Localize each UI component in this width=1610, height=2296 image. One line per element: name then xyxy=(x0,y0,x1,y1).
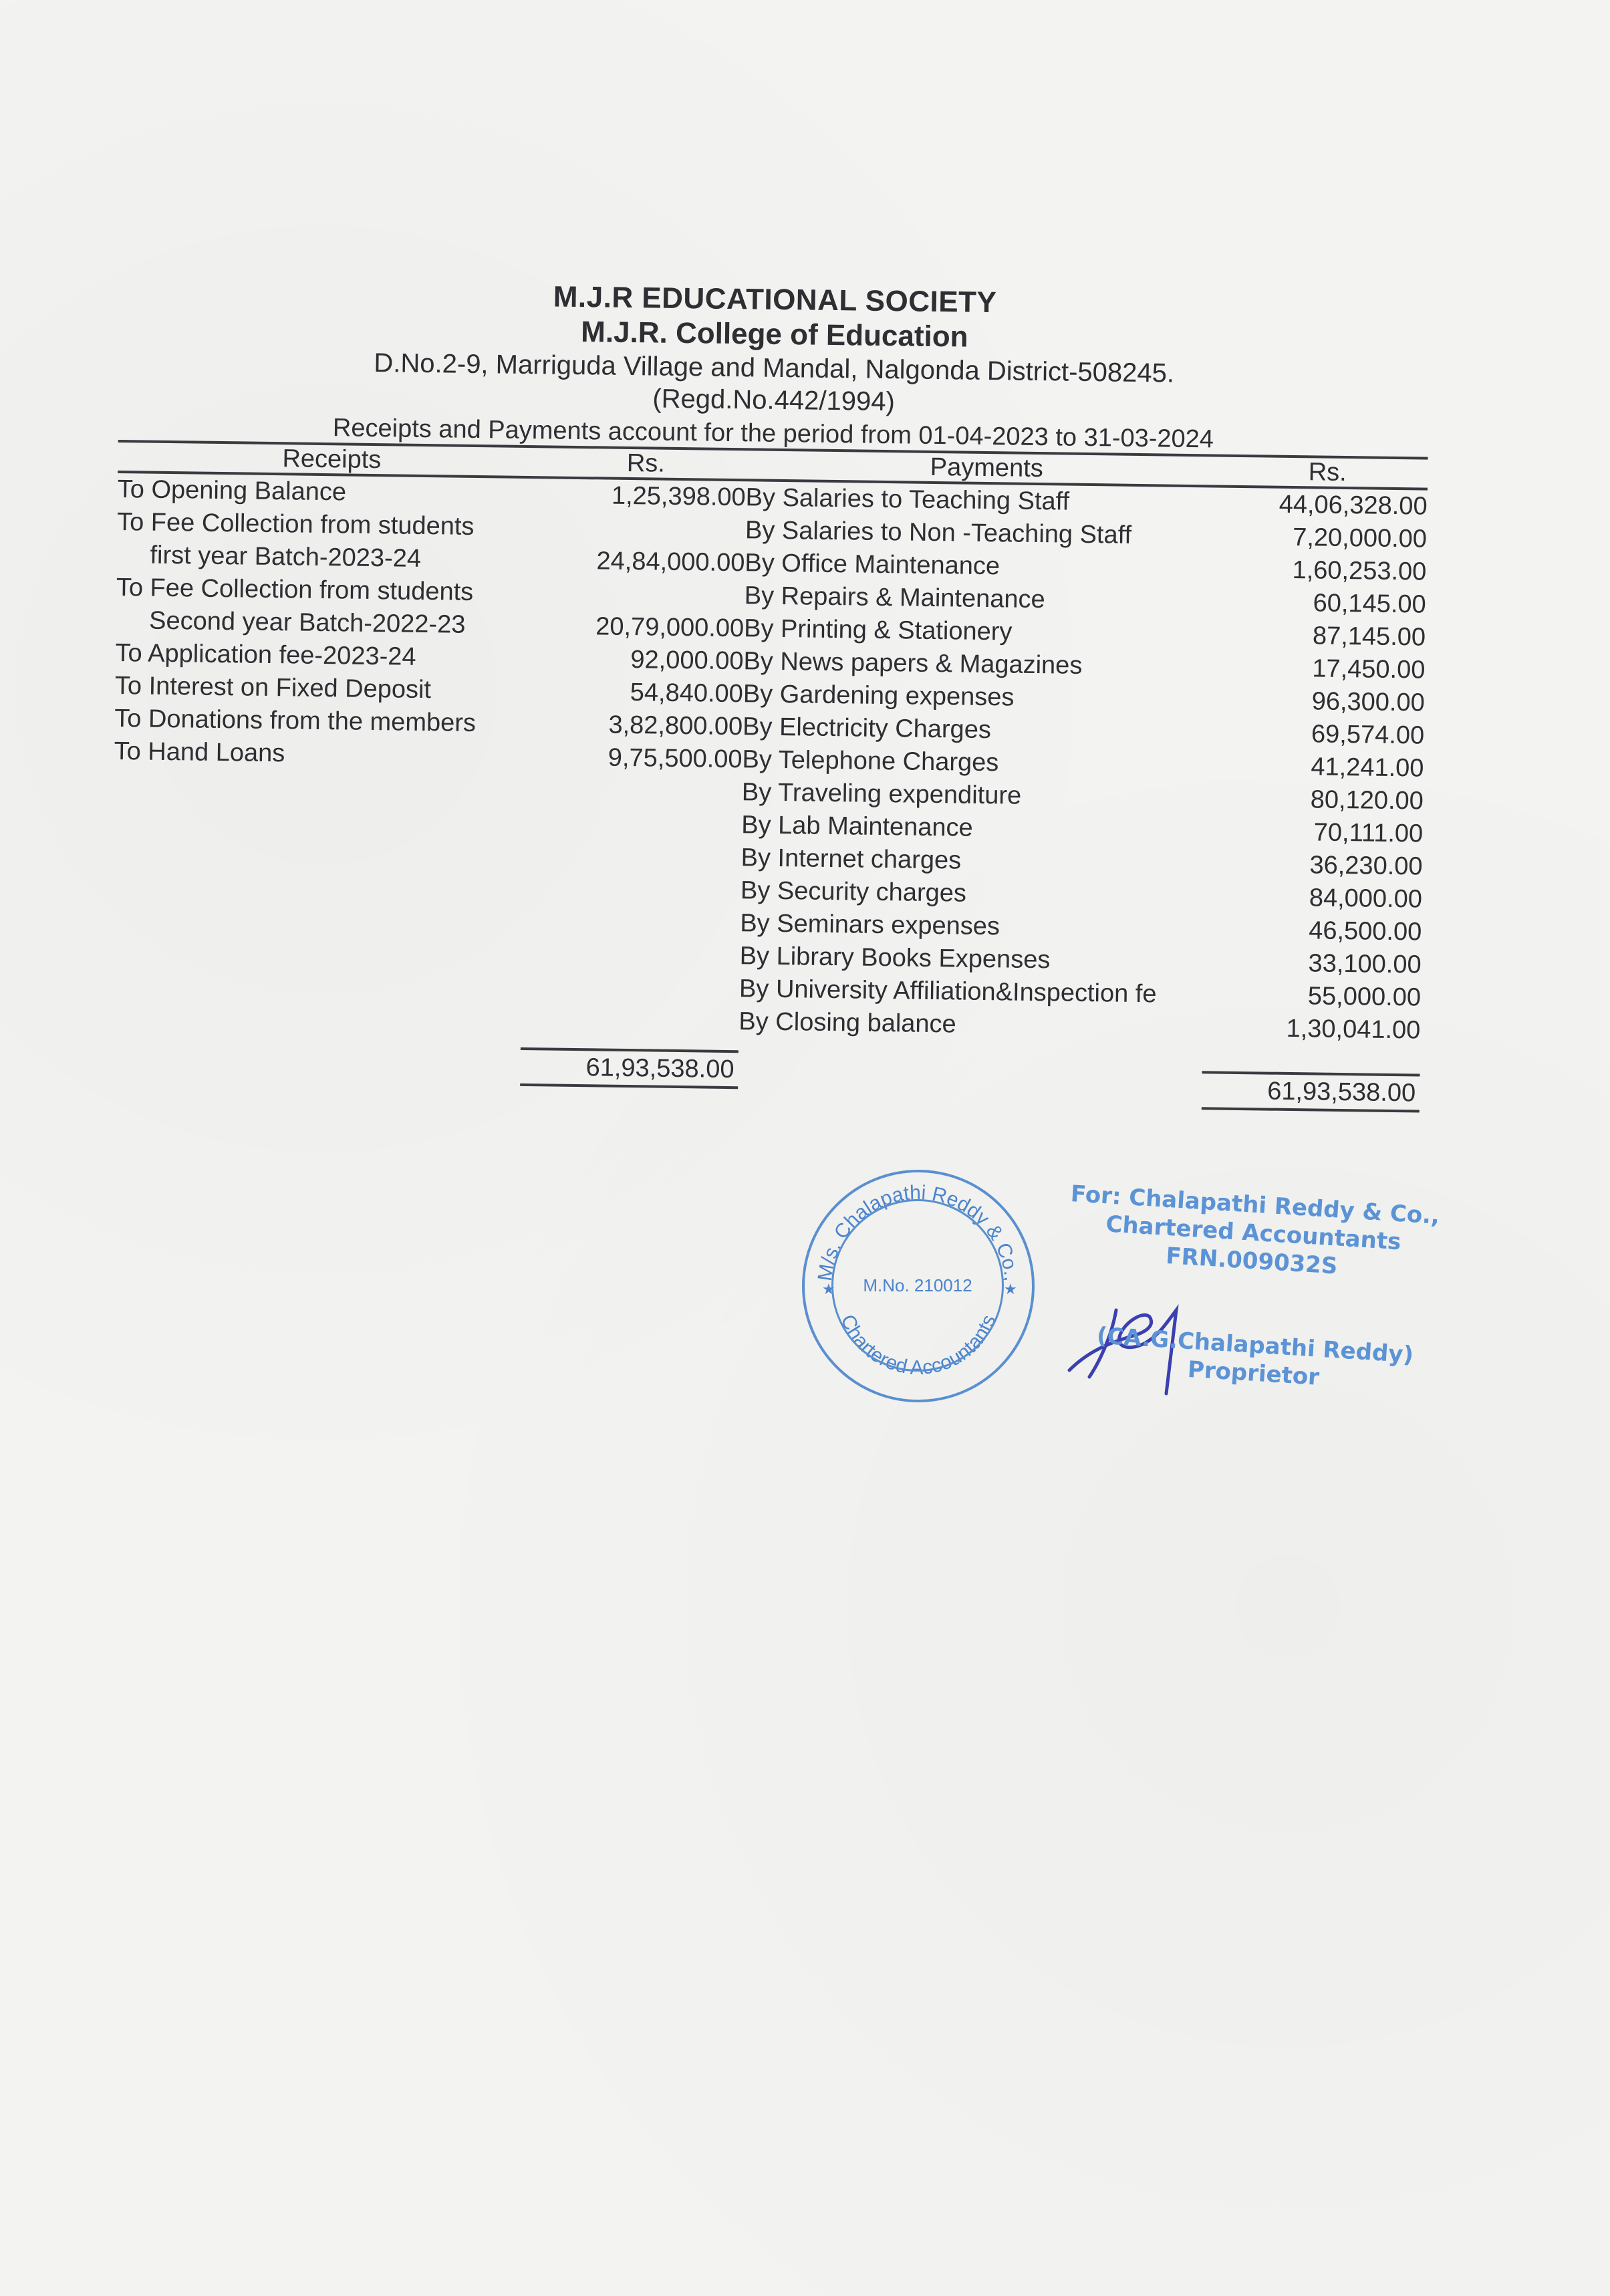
payment-amount: 55,000.00 xyxy=(1220,979,1422,1015)
receipts-total: 61,93,538.00 xyxy=(520,1047,739,1089)
receipts-rows: To Opening Balance1,25,398.00To Fee Coll… xyxy=(114,473,746,776)
receipts-column: Receipts Rs. To Opening Balance1,25,398.… xyxy=(110,442,747,1104)
payment-amount: 1,60,253.00 xyxy=(1226,553,1427,589)
receipts-heading: Receipts xyxy=(118,442,545,476)
payment-amount: 7,20,000.00 xyxy=(1226,521,1428,556)
receipt-amount: 1,25,398.00 xyxy=(545,479,746,514)
payments-total: 61,93,538.00 xyxy=(1202,1071,1420,1112)
receipt-amount xyxy=(545,511,746,547)
receipt-label: To Interest on Fixed Deposit xyxy=(115,670,543,708)
payment-label: By Closing balance xyxy=(739,1005,1220,1044)
receipt-amount xyxy=(543,577,745,612)
receipt-amount: 54,840.00 xyxy=(543,675,744,711)
payment-amount: 41,241.00 xyxy=(1223,750,1424,785)
payment-amount: 70,111.00 xyxy=(1222,815,1424,851)
receipt-label: To Opening Balance xyxy=(117,473,545,511)
accounts-table: Receipts Rs. To Opening Balance1,25,398.… xyxy=(110,442,1428,1113)
star-icon: ★ xyxy=(1004,1281,1017,1297)
receipt-amount: 9,75,500.00 xyxy=(541,741,743,776)
auditor-attestation: M/s. Chalapathi Reddy & Co., Chartered A… xyxy=(795,1156,1504,1437)
receipt-amount: 24,84,000.00 xyxy=(544,544,745,580)
payments-rows: By Salaries to Teaching Staff44,06,328.0… xyxy=(739,481,1428,1047)
payment-amount: 17,450.00 xyxy=(1224,652,1426,687)
document-header: M.J.R EDUCATIONAL SOCIETY M.J.R. College… xyxy=(118,274,1430,457)
payments-column: Payments Rs. By Salaries to Teaching Sta… xyxy=(738,451,1428,1112)
payment-amount: 33,100.00 xyxy=(1220,946,1422,982)
receipt-amount: 20,79,000.00 xyxy=(543,610,745,645)
receipts-amount-heading: Rs. xyxy=(545,448,747,479)
payment-amount: 69,574.00 xyxy=(1224,717,1425,753)
auditor-seal: M/s. Chalapathi Reddy & Co., Chartered A… xyxy=(802,1170,1035,1402)
payments-amount-heading: Rs. xyxy=(1227,457,1428,488)
document-page: M.J.R EDUCATIONAL SOCIETY M.J.R. College… xyxy=(0,0,1610,2296)
receipt-amount: 3,82,800.00 xyxy=(542,708,743,743)
receipt-label: To Fee Collection from students xyxy=(117,506,545,544)
receipt-label: To Fee Collection from students xyxy=(116,571,545,610)
receipt-label: To Donations from the members xyxy=(114,703,543,741)
receipt-label: To Hand Loans xyxy=(114,735,542,773)
payment-amount: 36,230.00 xyxy=(1222,848,1423,884)
payment-amount: 80,120.00 xyxy=(1223,783,1424,818)
receipt-amount: 92,000.00 xyxy=(543,642,744,678)
seal-center: M.No. 210012 xyxy=(831,1199,1004,1372)
payment-amount: 96,300.00 xyxy=(1224,684,1425,720)
receipt-label: first year Batch-2023-24 xyxy=(116,539,545,577)
payment-amount: 87,145.00 xyxy=(1225,619,1426,654)
payment-amount: 60,145.00 xyxy=(1225,586,1426,622)
payment-amount: 1,30,041.00 xyxy=(1220,1012,1421,1047)
payment-amount: 84,000.00 xyxy=(1222,881,1423,916)
receipt-label: Second year Batch-2022-23 xyxy=(116,604,544,642)
receipts-payments-statement: M.J.R EDUCATIONAL SOCIETY M.J.R. College… xyxy=(110,274,1430,1113)
payment-amount: 46,500.00 xyxy=(1221,914,1422,949)
payment-amount: 44,06,328.00 xyxy=(1226,488,1428,523)
receipt-label: To Application fee-2023-24 xyxy=(115,637,543,675)
membership-number: M.No. 210012 xyxy=(863,1275,972,1296)
